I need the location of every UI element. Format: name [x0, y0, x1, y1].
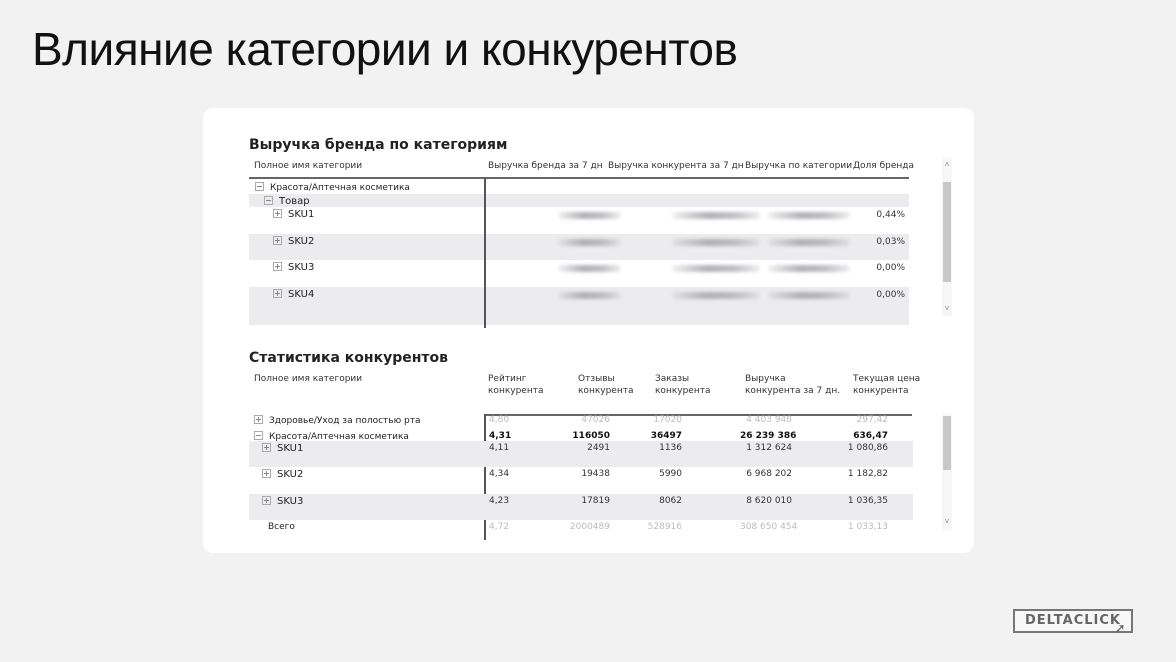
category-label: Всего	[268, 522, 295, 532]
brand-share-value: 0,00%	[860, 290, 905, 300]
category-label: Товар	[279, 196, 310, 207]
brand-col-competitor-revenue[interactable]: Выручка конкурента за 7 дн	[608, 160, 744, 172]
expand-icon[interactable]	[262, 469, 271, 478]
rating-value: 4,23	[489, 496, 529, 506]
header-line: конкурента за 7 дн.	[745, 385, 840, 397]
category-name: SKU3	[262, 496, 303, 507]
collapse-icon[interactable]	[255, 182, 264, 191]
brand-table-row[interactable]	[249, 194, 909, 207]
category-name: SKU3	[273, 262, 314, 273]
brand-scrollbar[interactable]: ˄ ˅	[942, 158, 952, 316]
brand-col-brand-revenue[interactable]: Выручка бренда за 7 дн	[488, 160, 603, 172]
header-line: конкурента	[655, 385, 710, 397]
brand-header-divider	[249, 177, 909, 179]
price-value: 1 080,86	[840, 443, 888, 453]
blurred-value	[672, 265, 760, 272]
rating-value: 4,34	[489, 469, 529, 479]
comp-col-orders[interactable]: Заказыконкурента	[655, 373, 710, 397]
price-value: 636,47	[840, 431, 888, 441]
header-line: Рейтинг	[488, 373, 543, 385]
reviews-value: 116050	[560, 431, 610, 441]
header-line: Заказы	[655, 373, 710, 385]
category-name: SKU4	[273, 289, 314, 300]
revenue-value: 4 403 948	[740, 415, 792, 425]
header-line: Выручка	[745, 373, 840, 385]
reviews-value: 2491	[560, 443, 610, 453]
brand-col-brand-share[interactable]: Доля бренда	[853, 160, 914, 172]
brand-table-title: Выручка бренда по категориям	[249, 137, 507, 153]
expand-icon[interactable]	[273, 209, 282, 218]
brand-share-value: 0,03%	[860, 237, 905, 247]
blurred-value	[672, 239, 760, 246]
category-label: SKU1	[277, 443, 303, 454]
revenue-value: 8 620 010	[740, 496, 792, 506]
header-line: конкурента	[853, 385, 920, 397]
expand-icon[interactable]	[262, 443, 271, 452]
blurred-value	[558, 212, 621, 219]
price-value: 1 033,13	[840, 522, 888, 532]
brand-share-value: 0,00%	[860, 263, 905, 273]
slide-title: Влияние категории и конкурентов	[32, 22, 737, 76]
rating-value: 4,31	[489, 431, 529, 441]
blurred-value	[768, 239, 850, 246]
category-name: Всего	[268, 522, 295, 532]
brand-column-divider	[484, 178, 486, 328]
revenue-value: 308 650 454	[740, 522, 792, 532]
category-label: SKU4	[288, 289, 314, 300]
header-line: конкурента	[578, 385, 633, 397]
category-name: Товар	[264, 196, 310, 207]
revenue-value: 6 968 202	[740, 469, 792, 479]
brand-share-value: 0,44%	[860, 210, 905, 220]
orders-value: 36497	[640, 431, 682, 441]
expand-icon[interactable]	[273, 289, 282, 298]
collapse-icon[interactable]	[254, 431, 263, 440]
scroll-down-icon[interactable]: ˅	[942, 304, 952, 314]
revenue-value: 1 312 624	[740, 443, 792, 453]
competitor-table-title: Статистика конкурентов	[249, 350, 448, 366]
category-label: Здоровье/Уход за полостью рта	[269, 416, 421, 426]
category-label: Красота/Аптечная косметика	[270, 183, 410, 193]
header-line: Отзывы	[578, 373, 633, 385]
comp-col-category[interactable]: Полное имя категории	[254, 373, 362, 385]
category-label: SKU3	[277, 496, 303, 507]
rating-value: 4,72	[489, 522, 529, 532]
expand-icon[interactable]	[273, 236, 282, 245]
rating-value: 4,11	[489, 443, 529, 453]
brand-table-row[interactable]	[249, 234, 909, 260]
orders-value: 528916	[640, 522, 682, 532]
category-label: SKU2	[288, 236, 314, 247]
price-value: 1 036,35	[840, 496, 888, 506]
comp-col-reviews[interactable]: Отзывыконкурента	[578, 373, 633, 397]
header-line: Полное имя категории	[254, 373, 362, 385]
comp-col-rating[interactable]: Рейтингконкурента	[488, 373, 543, 397]
orders-value: 8062	[640, 496, 682, 506]
scroll-up-icon[interactable]: ˄	[942, 160, 952, 170]
category-label: SKU3	[288, 262, 314, 273]
blurred-value	[558, 265, 621, 272]
category-name: Красота/Аптечная косметика	[255, 182, 410, 193]
blurred-value	[672, 212, 760, 219]
category-name: Здоровье/Уход за полостью рта	[254, 415, 421, 426]
price-value: 1 182,82	[840, 469, 888, 479]
blurred-value	[558, 292, 621, 299]
comp-col-price[interactable]: Текущая ценаконкурента	[853, 373, 920, 397]
expand-icon[interactable]	[273, 262, 282, 271]
blurred-value	[672, 292, 760, 299]
comp-col-revenue[interactable]: Выручкаконкурента за 7 дн.	[745, 373, 840, 397]
brand-empty-row	[249, 307, 909, 325]
blurred-value	[768, 265, 850, 272]
header-line: конкурента	[488, 385, 543, 397]
cursor-icon: ➚	[1114, 620, 1126, 637]
scroll-down-icon[interactable]: ˅	[942, 517, 952, 527]
brand-col-category-revenue[interactable]: Выручка по категории	[745, 160, 852, 172]
blurred-value	[558, 239, 621, 246]
reviews-value: 19438	[560, 469, 610, 479]
brand-col-category[interactable]: Полное имя категории	[254, 160, 362, 172]
category-label: SKU1	[288, 209, 314, 220]
expand-icon[interactable]	[262, 496, 271, 505]
brand-scroll-thumb[interactable]	[943, 182, 951, 282]
price-value: 297,42	[840, 415, 888, 425]
category-name: SKU1	[262, 443, 303, 454]
header-line: Текущая цена	[853, 373, 920, 385]
blurred-value	[768, 292, 850, 299]
expand-icon[interactable]	[254, 415, 263, 424]
category-name: SKU1	[273, 209, 314, 220]
blurred-value	[768, 212, 850, 219]
competitor-scroll-thumb[interactable]	[943, 416, 951, 470]
category-name: SKU2	[273, 236, 314, 247]
reviews-value: 17819	[560, 496, 610, 506]
revenue-value: 26 239 386	[740, 431, 792, 441]
orders-value: 17020	[640, 415, 682, 425]
reviews-value: 47026	[560, 415, 610, 425]
orders-value: 5990	[640, 469, 682, 479]
collapse-icon[interactable]	[264, 196, 273, 205]
category-label: SKU2	[277, 469, 303, 480]
category-name: SKU2	[262, 469, 303, 480]
orders-value: 1136	[640, 443, 682, 453]
competitor-scrollbar[interactable]: ˅	[942, 414, 952, 530]
rating-value: 4,80	[489, 415, 529, 425]
reviews-value: 2000489	[560, 522, 610, 532]
